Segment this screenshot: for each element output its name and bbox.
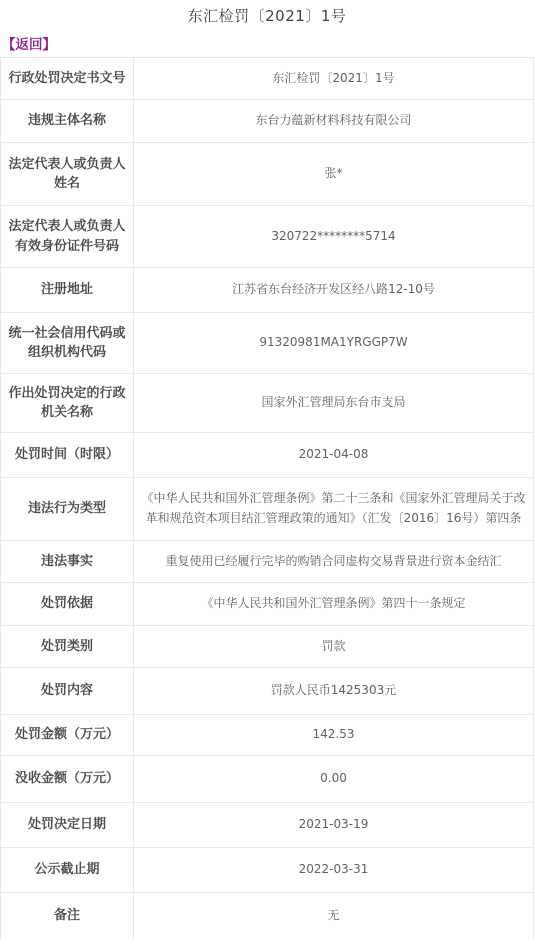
row-label: 统一社会信用代码或组织机构代码 bbox=[1, 313, 134, 374]
row-value: 江苏省东台经济开发区经八路12-10号 bbox=[134, 268, 534, 313]
penalty-table: 行政处罚决定书文号东汇检罚〔2021〕1号违规主体名称东台力蕴新材料科技有限公司… bbox=[0, 57, 534, 939]
row-value: 《中华人民共和国外汇管理条例》第四十一条规定 bbox=[134, 583, 534, 626]
row-label: 处罚依据 bbox=[1, 583, 134, 626]
row-value: 东汇检罚〔2021〕1号 bbox=[134, 58, 534, 100]
table-row: 处罚决定日期2021-03-19 bbox=[1, 803, 534, 848]
page-title: 东汇检罚〔2021〕1号 bbox=[0, 5, 534, 27]
row-value: 张* bbox=[134, 143, 534, 206]
table-row: 违法事实重复使用已经履行完毕的购销合同虚构交易背景进行资本金结汇 bbox=[1, 541, 534, 583]
row-label: 备注 bbox=[1, 893, 134, 939]
penalty-detail-page: 东汇检罚〔2021〕1号 【返回】 行政处罚决定书文号东汇检罚〔2021〕1号违… bbox=[0, 0, 534, 939]
row-value: 2021-03-19 bbox=[134, 803, 534, 848]
row-label: 处罚决定日期 bbox=[1, 803, 134, 848]
row-label: 法定代表人或负责人有效身份证件号码 bbox=[1, 206, 134, 268]
row-value: 142.53 bbox=[134, 715, 534, 756]
row-value: 《中华人民共和国外汇管理条例》第二十三条和《国家外汇管理局关于改革和规范资本项目… bbox=[134, 478, 534, 541]
table-row: 法定代表人或负责人有效身份证件号码320722********5714 bbox=[1, 206, 534, 268]
row-value: 320722********5714 bbox=[134, 206, 534, 268]
back-link[interactable]: 【返回】 bbox=[2, 37, 56, 53]
row-label: 处罚类别 bbox=[1, 626, 134, 668]
row-value: 东台力蕴新材料科技有限公司 bbox=[134, 100, 534, 143]
table-row: 处罚依据《中华人民共和国外汇管理条例》第四十一条规定 bbox=[1, 583, 534, 626]
row-value: 国家外汇管理局东台市支局 bbox=[134, 374, 534, 433]
row-value: 无 bbox=[134, 893, 534, 939]
row-value: 罚款 bbox=[134, 626, 534, 668]
row-label: 处罚时间（时限） bbox=[1, 433, 134, 478]
row-label: 处罚内容 bbox=[1, 668, 134, 715]
table-row: 违法行为类型《中华人民共和国外汇管理条例》第二十三条和《国家外汇管理局关于改革和… bbox=[1, 478, 534, 541]
row-value: 2022-03-31 bbox=[134, 848, 534, 893]
row-label: 法定代表人或负责人姓名 bbox=[1, 143, 134, 206]
table-row: 没收金额（万元）0.00 bbox=[1, 756, 534, 803]
row-label: 处罚金额（万元） bbox=[1, 715, 134, 756]
row-label: 作出处罚决定的行政机关名称 bbox=[1, 374, 134, 433]
table-row: 处罚金额（万元）142.53 bbox=[1, 715, 534, 756]
table-row: 公示截止期2022-03-31 bbox=[1, 848, 534, 893]
table-row: 法定代表人或负责人姓名张* bbox=[1, 143, 534, 206]
row-label: 公示截止期 bbox=[1, 848, 134, 893]
row-label: 行政处罚决定书文号 bbox=[1, 58, 134, 100]
table-row: 处罚内容罚款人民币1425303元 bbox=[1, 668, 534, 715]
table-row: 违规主体名称东台力蕴新材料科技有限公司 bbox=[1, 100, 534, 143]
row-label: 没收金额（万元） bbox=[1, 756, 134, 803]
row-label: 违规主体名称 bbox=[1, 100, 134, 143]
table-row: 备注无 bbox=[1, 893, 534, 939]
row-label: 注册地址 bbox=[1, 268, 134, 313]
table-row: 注册地址江苏省东台经济开发区经八路12-10号 bbox=[1, 268, 534, 313]
table-row: 作出处罚决定的行政机关名称国家外汇管理局东台市支局 bbox=[1, 374, 534, 433]
penalty-table-body: 行政处罚决定书文号东汇检罚〔2021〕1号违规主体名称东台力蕴新材料科技有限公司… bbox=[1, 58, 534, 939]
row-value: 91320981MA1YRGGP7W bbox=[134, 313, 534, 374]
row-value: 罚款人民币1425303元 bbox=[134, 668, 534, 715]
row-value: 2021-04-08 bbox=[134, 433, 534, 478]
row-value: 0.00 bbox=[134, 756, 534, 803]
row-label: 违法事实 bbox=[1, 541, 134, 583]
table-row: 统一社会信用代码或组织机构代码91320981MA1YRGGP7W bbox=[1, 313, 534, 374]
table-row: 处罚类别罚款 bbox=[1, 626, 534, 668]
table-row: 处罚时间（时限）2021-04-08 bbox=[1, 433, 534, 478]
row-label: 违法行为类型 bbox=[1, 478, 134, 541]
row-value: 重复使用已经履行完毕的购销合同虚构交易背景进行资本金结汇 bbox=[134, 541, 534, 583]
table-row: 行政处罚决定书文号东汇检罚〔2021〕1号 bbox=[1, 58, 534, 100]
